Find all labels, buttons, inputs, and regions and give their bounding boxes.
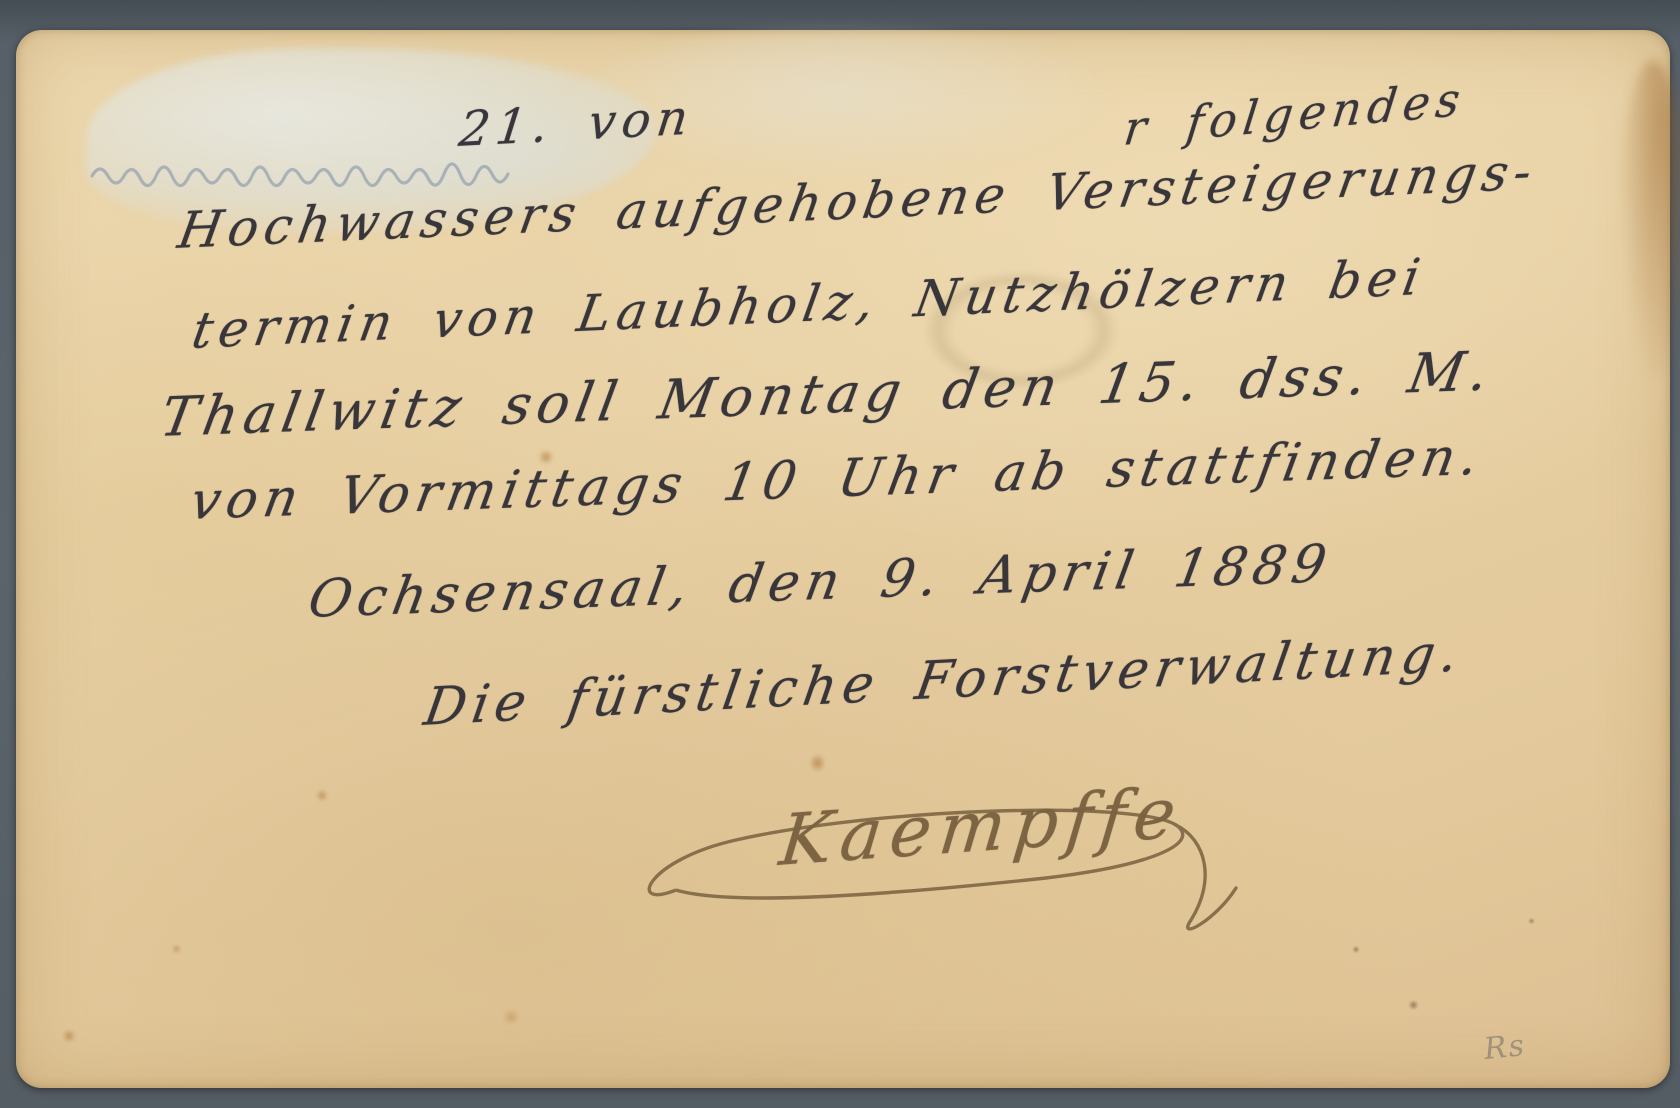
- stain-right-edge: [1620, 60, 1680, 380]
- stain-fox-2: [316, 790, 328, 801]
- handwriting-line-1: 21. von: [456, 89, 697, 158]
- handwriting-line-3: Hochwassers aufgehobene Versteigerungs-: [174, 142, 1542, 260]
- stain-speck-1: [1408, 1000, 1419, 1010]
- stain-speck-2: [1352, 946, 1360, 953]
- handwriting-line-6: von Vormittags 10 Uhr ab stattfinden.: [186, 426, 1489, 532]
- stain-speck-3: [1528, 918, 1535, 924]
- stain-fox-5: [62, 1030, 76, 1042]
- stain-fox-6: [172, 945, 181, 953]
- handwriting-line-4: termin von Laubholz, Nutzhölzern bei: [188, 248, 1430, 360]
- signature: Kaempffe: [776, 771, 1188, 882]
- handwriting-line-8: Die fürstliche Forstverwaltung.: [420, 623, 1468, 738]
- handwriting-line-2: r folgendes: [1121, 71, 1469, 156]
- postcard: 21. von r folgendes Hochwassers aufgehob…: [16, 30, 1670, 1088]
- stain-fox-7: [502, 1010, 520, 1024]
- stain-fox-4: [811, 752, 824, 774]
- pencil-note: Rs: [1482, 1028, 1527, 1067]
- handwriting-line-7: Ochsensaal, den 9. April 1889: [304, 534, 1337, 630]
- photo-backdrop: { "document": { "kind": "handwritten cor…: [0, 0, 1680, 1108]
